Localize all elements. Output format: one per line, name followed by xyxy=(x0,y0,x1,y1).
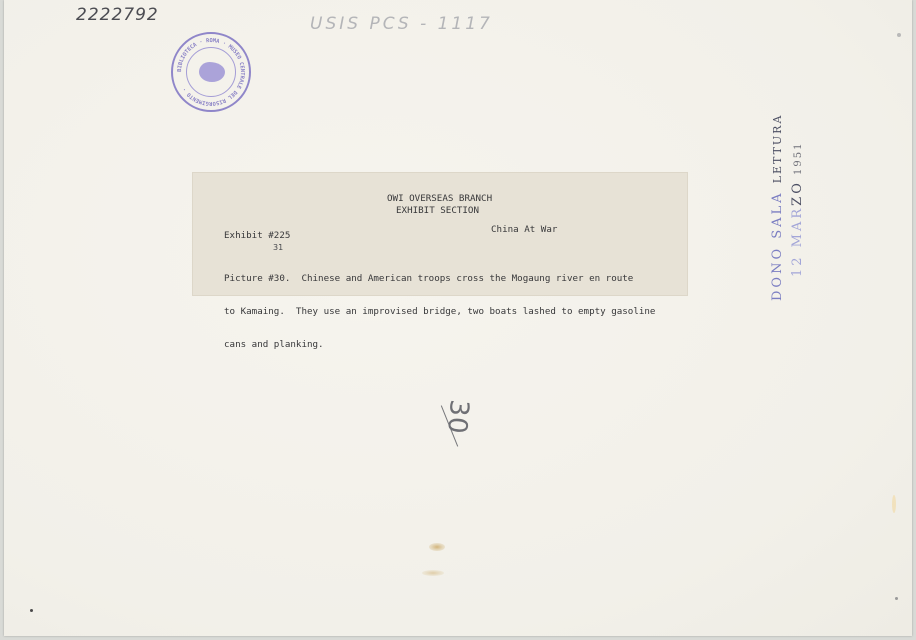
typed-caption-label: OWI OVERSEAS BRANCH EXHIBIT SECTION Chin… xyxy=(193,173,687,295)
paper-speck xyxy=(30,609,33,612)
caption-line: to Kamaing. They use an improvised bridg… xyxy=(224,306,655,317)
stamp-donation-line: DONO SALA LETTURA xyxy=(770,114,785,301)
paper-speck xyxy=(895,597,898,600)
shield-emblem-icon xyxy=(199,62,225,82)
exhibit-number: Exhibit #225 xyxy=(224,230,290,241)
branch-heading: OWI OVERSEAS BRANCH xyxy=(387,193,492,204)
paper-stain xyxy=(892,495,896,513)
topic-title: China At War xyxy=(491,224,557,235)
caption-line: Picture #30. Chinese and American troops… xyxy=(224,273,655,284)
stamp-date-line: 12 MARZO 1951 xyxy=(790,141,805,277)
usis-reference: USIS PCS - 1117 xyxy=(310,14,493,34)
section-heading: EXHIBIT SECTION xyxy=(396,205,479,216)
paper-speck xyxy=(897,33,901,37)
paper-stain xyxy=(422,570,444,576)
caption-line: cans and planking. xyxy=(224,339,655,350)
library-round-stamp: BIBLIOTECA · ROMA · MUSEO CENTRALE DEL R… xyxy=(171,32,251,112)
paper-stain xyxy=(429,543,445,551)
inventory-number: 2222792 xyxy=(76,5,159,25)
caption-text: Picture #30. Chinese and American troops… xyxy=(224,251,655,372)
page-mark-number: 30 xyxy=(441,398,474,436)
photo-back-page: 2222792 USIS PCS - 1117 BIBLIOTECA · ROM… xyxy=(4,0,912,636)
donation-date-stamp: DONO SALA LETTURA 12 MARZO 1951 xyxy=(764,95,824,305)
